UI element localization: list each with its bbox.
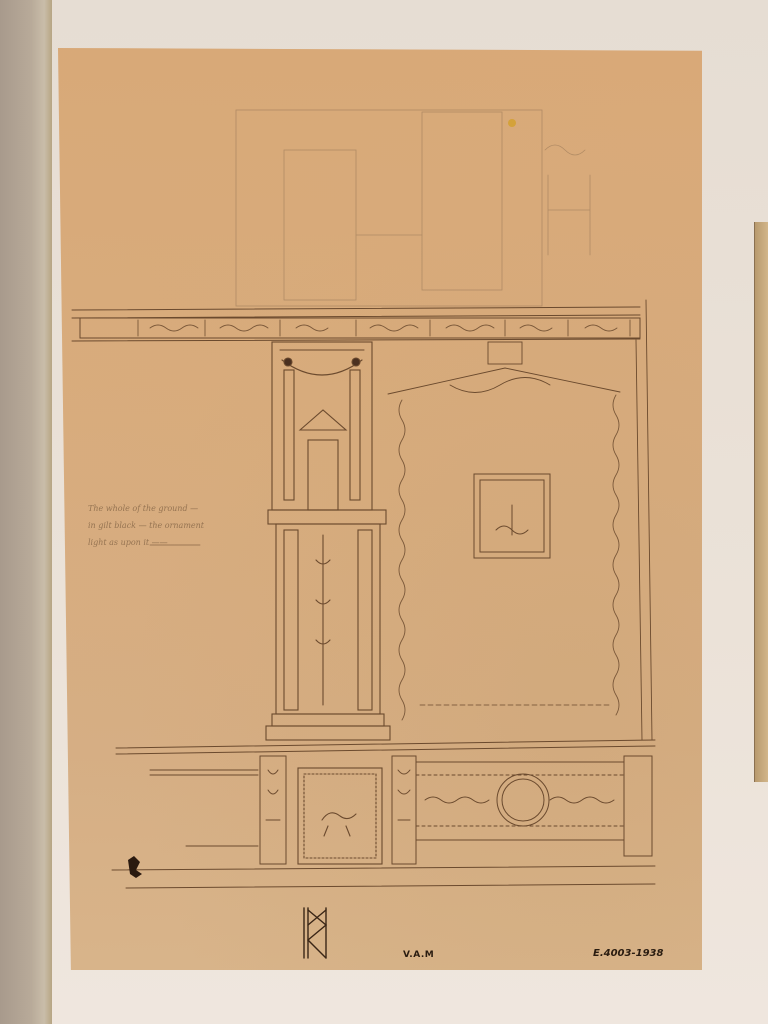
accession-number: E.4003-1938	[593, 948, 663, 959]
upper-wall-sketch	[236, 110, 590, 306]
annotation-line: The whole of the ground —	[88, 500, 268, 517]
ink-blot	[128, 856, 142, 878]
wall-panel	[474, 474, 550, 558]
lattice-scale-mark	[304, 908, 326, 958]
dado-pilaster-middle	[392, 756, 416, 864]
griffin-panel	[298, 768, 382, 864]
ornamental-frieze	[72, 307, 640, 341]
handwritten-annotation: The whole of the ground — in gilt black …	[88, 500, 268, 551]
swag-ornament	[388, 342, 620, 394]
wall-border	[636, 300, 652, 740]
hanging-garland-right	[613, 395, 619, 715]
annotation-line: light as upon it ——	[88, 534, 268, 551]
hanging-garland-left	[399, 400, 405, 720]
dado-pilaster-left	[260, 756, 286, 864]
museum-stamp: V.A.M	[403, 950, 434, 960]
carved-pilaster	[266, 342, 390, 740]
annotation-line: in gilt black — the ornament	[88, 517, 268, 534]
roundel-panel	[416, 756, 652, 856]
pigment-spot	[508, 119, 516, 127]
